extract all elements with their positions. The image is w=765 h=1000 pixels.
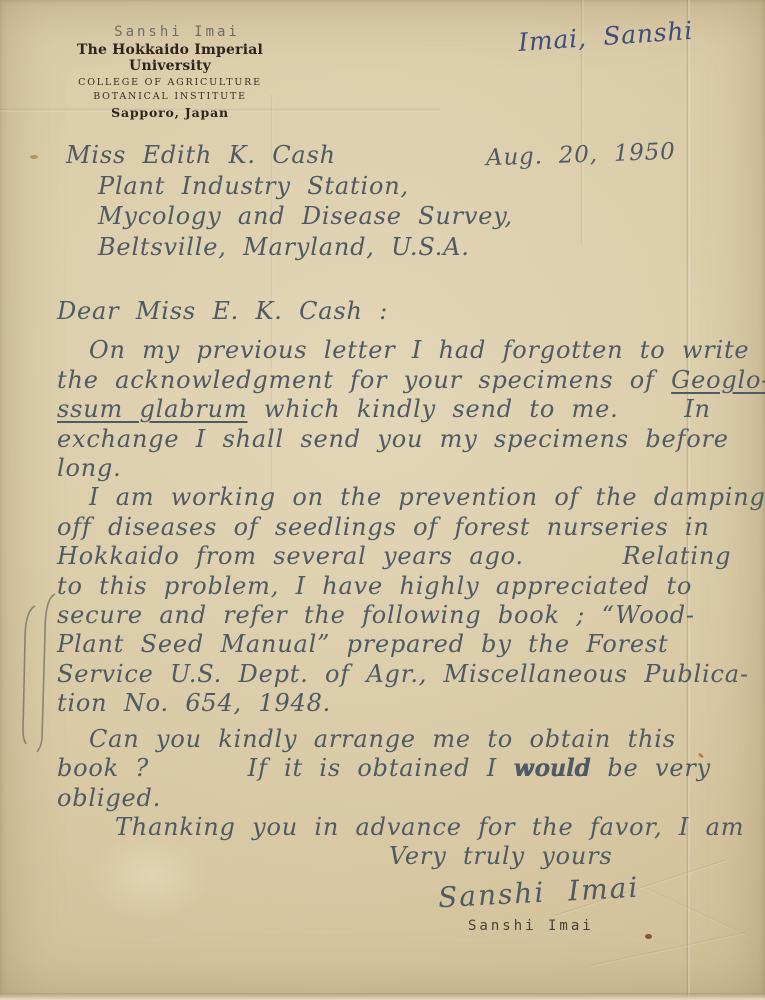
body-line: to this problem, I have highly appreciat…: [57, 572, 737, 601]
letterhead: Sanshi Imai The Hokkaido Imperial Univer…: [42, 24, 298, 120]
typed-signature: Sanshi Imai: [468, 918, 594, 934]
body-line: Hokkaido from several years ago. Relatin…: [57, 542, 737, 571]
body-line: off diseases of seedlings of forest nurs…: [57, 513, 737, 542]
body-line: On my previous letter I had forgotten to…: [57, 336, 737, 365]
recipient-address: Miss Edith K. Cash Plant Industry Statio…: [66, 140, 513, 262]
body-text: book ? If it is obtained I: [57, 754, 513, 782]
underlined-species-name: Geoglo-: [671, 366, 765, 394]
recipient-address-line: Beltsville, Maryland, U.S.A.: [66, 232, 513, 263]
body-line: the acknowledgment for your specimens of…: [57, 366, 737, 395]
body-line: ssum glabrum which kindly send to me. In: [57, 395, 737, 424]
filing-annotation: Imai, Sanshi: [517, 12, 748, 57]
body-line: book ? If it is obtained I would be very: [57, 754, 737, 783]
letter-page: Sanshi Imai The Hokkaido Imperial Univer…: [0, 0, 765, 1000]
recipient-name: Miss Edith K. Cash: [66, 140, 513, 171]
closing-line: Thanking you in advance for the favor, I…: [57, 813, 737, 842]
recipient-address-line: Plant Industry Station,: [66, 171, 513, 202]
body-line: obliged.: [57, 784, 737, 813]
body-text: be very: [591, 754, 711, 782]
body-line: Service U.S. Dept. of Agr., Miscellaneou…: [57, 660, 737, 689]
letterhead-university: The Hokkaido Imperial University: [42, 42, 298, 74]
recipient-address-line: Mycology and Disease Survey,: [66, 201, 513, 232]
body-line: long.: [57, 454, 737, 483]
body-line: exchange I shall send you my specimens b…: [57, 425, 737, 454]
paper-bottom-edge: [0, 993, 765, 1000]
letterhead-city: Sapporo, Japan: [42, 105, 298, 120]
body-line: Plant Seed Manual” prepared by the Fores…: [57, 630, 737, 659]
corner-wrinkle: [590, 932, 747, 967]
pencil-margin-mark: [8, 585, 62, 757]
underlined-species-name: ssum glabrum: [57, 395, 247, 423]
paper-stain: [645, 934, 652, 939]
letterhead-stamped-name: Sanshi Imai: [56, 24, 298, 40]
body-line: secure and refer the following book ; “W…: [57, 601, 737, 630]
body-text: which kindly send to me. In: [247, 395, 710, 423]
body-line: I am working on the prevention of the da…: [57, 483, 737, 512]
letter-date: Aug. 20, 1950: [486, 139, 676, 172]
body-line: tion No. 654, 1948.: [57, 689, 737, 718]
letterhead-institute: BOTANICAL INSTITUTE: [42, 91, 298, 102]
letter-body: Dear Miss E. K. Cash : On my previous le…: [57, 297, 737, 872]
corrected-word: would: [513, 754, 591, 782]
letterhead-college: COLLEGE OF AGRICULTURE: [42, 77, 298, 88]
valediction: Very truly yours: [57, 842, 737, 871]
body-line: Can you kindly arrange me to obtain this: [57, 725, 737, 754]
paper-stain: [30, 155, 38, 159]
body-text: the acknowledgment for your specimens of: [57, 366, 671, 394]
handwritten-signature: Sanshi Imai: [437, 871, 640, 914]
salutation: Dear Miss E. K. Cash :: [57, 297, 737, 326]
